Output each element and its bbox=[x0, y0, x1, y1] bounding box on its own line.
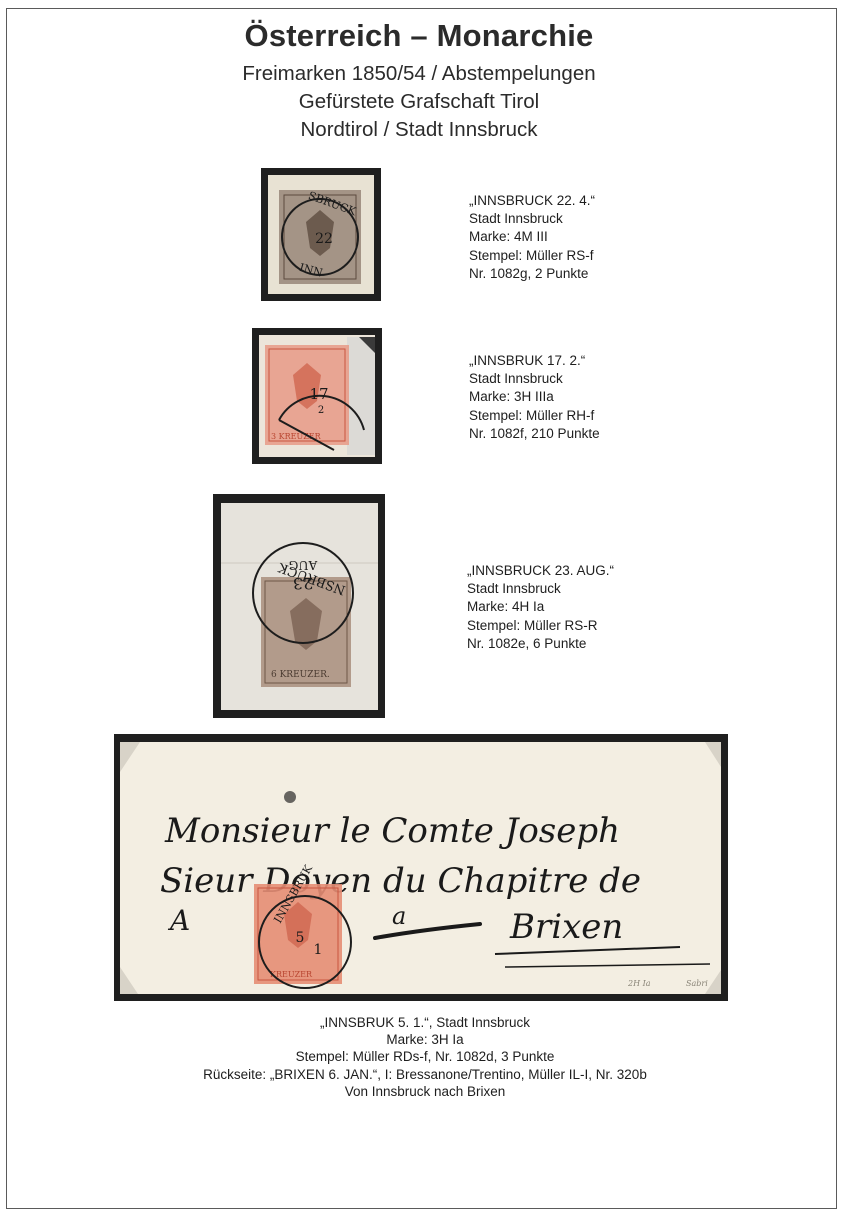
stamp-mount-2: 3 KREUZER 17 2 bbox=[252, 328, 382, 464]
caption-stamp-type: Marke: 3H Ia bbox=[0, 1031, 850, 1048]
caption-cancel-type: Stempel: Müller RS-f bbox=[469, 247, 595, 265]
svg-text:22: 22 bbox=[315, 231, 333, 247]
caption-number-points: Nr. 1082e, 6 Punkte bbox=[467, 635, 614, 653]
caption-stamp-type: Marke: 3H IIIa bbox=[469, 388, 600, 406]
caption-number-points: Nr. 1082f, 210 Punkte bbox=[469, 425, 600, 443]
caption-town: Stadt Innsbruck bbox=[467, 580, 614, 598]
stamp-caption-2: „INNSBRUK 17. 2.“ Stadt Innsbruck Marke:… bbox=[469, 352, 600, 443]
page-subtitle-1: Freimarken 1850/54 / Abstempelungen bbox=[0, 62, 838, 86]
caption-town: Stadt Innsbruck bbox=[469, 210, 595, 228]
caption-postmark: „INNSBRUCK 23. AUG.“ bbox=[467, 562, 614, 580]
cover-mount: Monsieur le Comte Joseph Sieur Doyen du … bbox=[114, 734, 728, 1001]
caption-stamp-type: Marke: 4M III bbox=[469, 228, 595, 246]
caption-cancel-type: Stempel: Müller RH-f bbox=[469, 407, 600, 425]
page-subtitle-2: Gefürstete Grafschaft Tirol bbox=[0, 90, 838, 114]
caption-cancel-type: Stempel: Müller RS-R bbox=[467, 617, 614, 635]
cover-image: Monsieur le Comte Joseph Sieur Doyen du … bbox=[120, 742, 721, 994]
page-title: Österreich – Monarchie bbox=[0, 18, 838, 54]
caption-postmark: „INNSBRUCK 22. 4.“ bbox=[469, 192, 595, 210]
caption-stamp-type: Marke: 4H Ia bbox=[467, 598, 614, 616]
stamp-piece-2: 3 KREUZER 17 2 bbox=[259, 335, 375, 457]
stamp-piece-3: 6 KREUZER. 23 AUG NSBRUCK bbox=[221, 503, 378, 710]
svg-text:1: 1 bbox=[314, 942, 323, 958]
cover-caption: „INNSBRUK 5. 1.“, Stadt Innsbruck Marke:… bbox=[0, 1014, 850, 1100]
caption-postmark: „INNSBRUK 17. 2.“ bbox=[469, 352, 600, 370]
svg-text:Monsieur le Comte Joseph: Monsieur le Comte Joseph bbox=[164, 811, 620, 851]
svg-text:17: 17 bbox=[309, 385, 328, 403]
caption-town: Stadt Innsbruck bbox=[469, 370, 600, 388]
caption-cancel-type: Stempel: Müller RDs-f, Nr. 1082d, 3 Punk… bbox=[0, 1048, 850, 1065]
svg-text:A: A bbox=[167, 904, 190, 937]
caption-route: Von Innsbruck nach Brixen bbox=[0, 1083, 850, 1100]
caption-backstamp: Rückseite: „BRIXEN 6. JAN.“, I: Bressano… bbox=[0, 1066, 850, 1083]
pencil-note-signature: Sabri bbox=[686, 979, 708, 988]
cover-letter: Monsieur le Comte Joseph Sieur Doyen du … bbox=[120, 742, 721, 994]
stamp-caption-3: „INNSBRUCK 23. AUG.“ Stadt Innsbruck Mar… bbox=[467, 562, 614, 653]
stamp-mount-1: SBRUCK 22 INN bbox=[261, 168, 381, 301]
stamp-image-1: SBRUCK 22 INN bbox=[268, 175, 374, 294]
stamp-caption-1: „INNSBRUCK 22. 4.“ Stadt Innsbruck Marke… bbox=[469, 192, 595, 283]
svg-text:6 KREUZER.: 6 KREUZER. bbox=[271, 670, 330, 680]
stamp-image-3: 6 KREUZER. 23 AUG NSBRUCK bbox=[221, 503, 378, 710]
stamp-image-2: 3 KREUZER 17 2 bbox=[259, 335, 375, 457]
svg-text:5: 5 bbox=[296, 930, 305, 946]
svg-text:Sieur Doyen du Chapitre de: Sieur Doyen du Chapitre de bbox=[160, 861, 641, 901]
svg-text:2: 2 bbox=[318, 405, 324, 416]
caption-postmark: „INNSBRUK 5. 1.“, Stadt Innsbruck bbox=[0, 1014, 850, 1031]
svg-text:a: a bbox=[392, 902, 406, 930]
caption-number-points: Nr. 1082g, 2 Punkte bbox=[469, 265, 595, 283]
stamp-mount-3: 6 KREUZER. 23 AUG NSBRUCK bbox=[213, 494, 385, 718]
stamp-piece-1: SBRUCK 22 INN bbox=[268, 175, 374, 294]
svg-text:Brixen: Brixen bbox=[509, 907, 623, 947]
page-subtitle-3: Nordtirol / Stadt Innsbruck bbox=[0, 118, 838, 142]
pencil-note-catalog: 2H Ia bbox=[628, 979, 651, 988]
